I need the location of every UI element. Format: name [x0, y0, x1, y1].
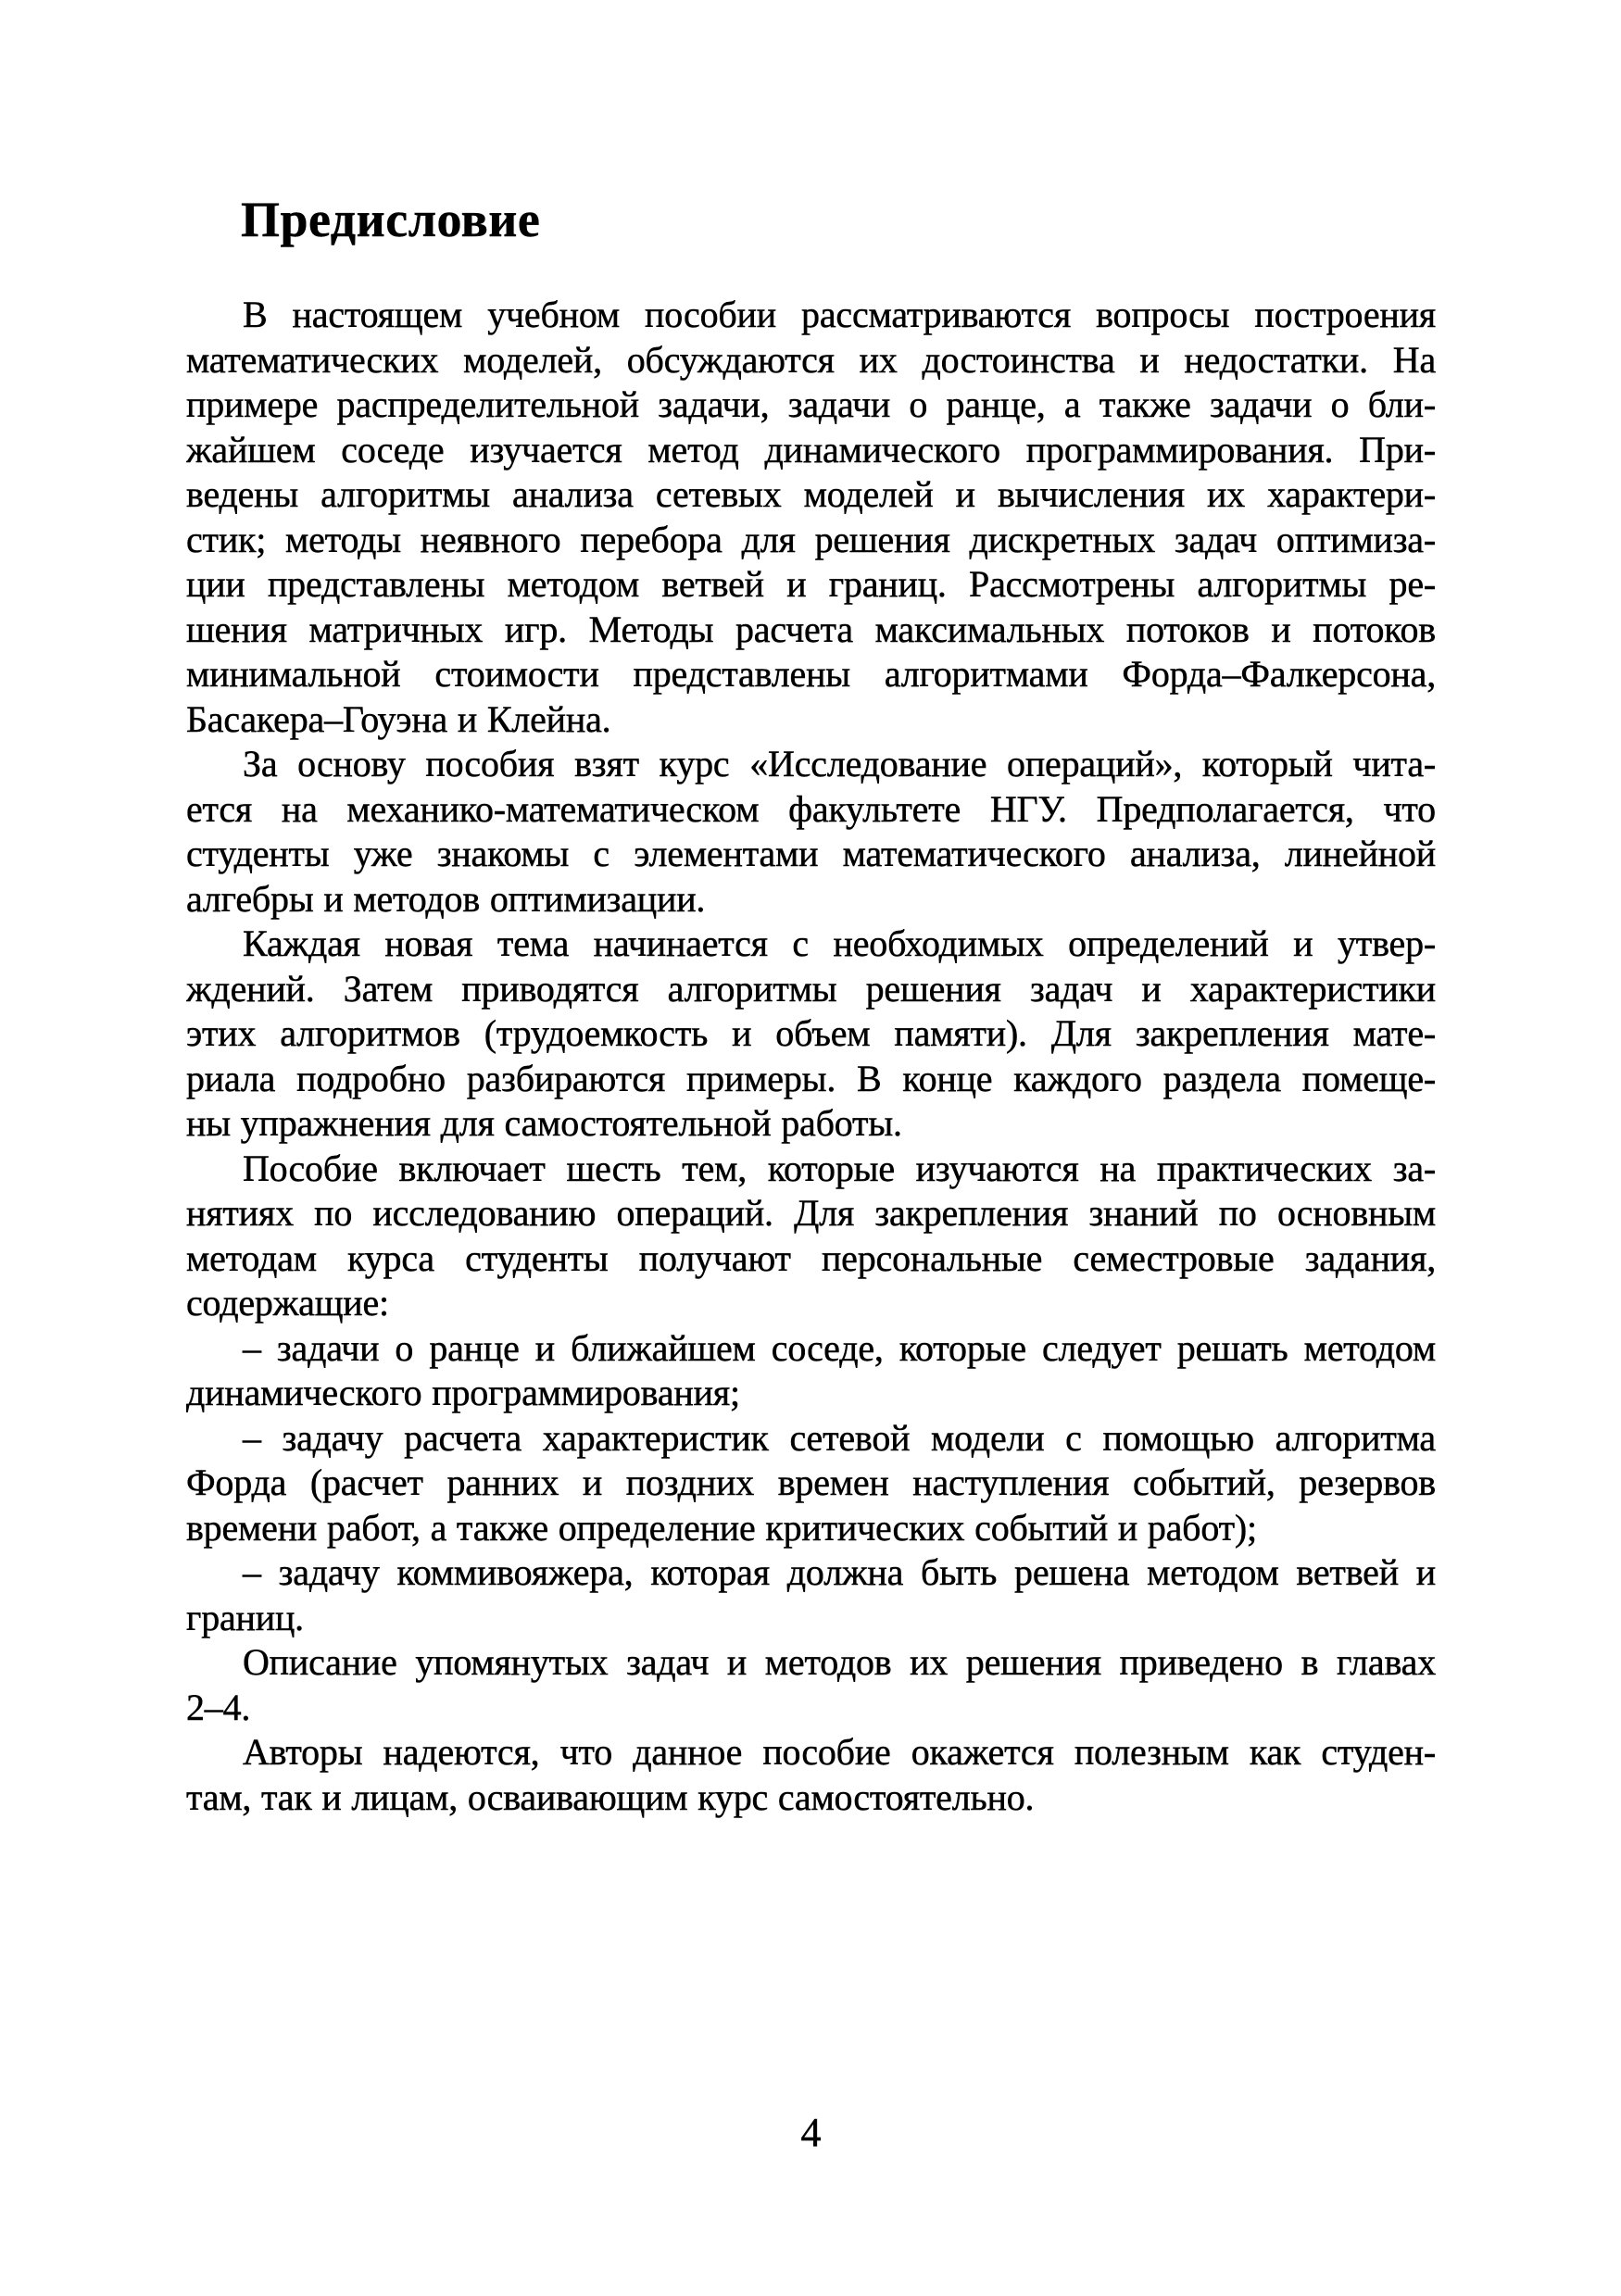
text-line: ции представлены методом ветвей и границ…: [186, 562, 1436, 608]
text-line: риала подробно разбираются примеры. В ко…: [186, 1057, 1436, 1102]
text-line: динамического программирования;: [186, 1371, 1436, 1416]
text-line: примере распределительной задачи, задачи…: [186, 383, 1436, 428]
text-line: В настоящем учебном пособии рассматриваю…: [186, 293, 1436, 338]
text-line: Форда (расчет ранних и поздних времен на…: [186, 1461, 1436, 1506]
text-line: 2–4.: [186, 1686, 1436, 1731]
text-line: ждений. Затем приводятся алгоритмы решен…: [186, 967, 1436, 1012]
text-line: стик; методы неявного перебора для решен…: [186, 518, 1436, 563]
text-line: шения матричных игр. Методы расчета макс…: [186, 608, 1436, 653]
text-line: методам курса студенты получают персонал…: [186, 1236, 1436, 1282]
text-line: – задачу коммивояжера, которая должна бы…: [186, 1550, 1436, 1596]
text-line: ны упражнения для самостоятельной работы…: [186, 1101, 1436, 1147]
text-line: этих алгоритмов (трудоемкость и объем па…: [186, 1011, 1436, 1057]
text-line: – задачи о ранце и ближайшем соседе, кот…: [186, 1326, 1436, 1372]
text-line: математических моделей, обсуждаются их д…: [186, 338, 1436, 383]
text-line: ведены алгоритмы анализа сетевых моделей…: [186, 472, 1436, 518]
paragraph: – задачу коммивояжера, которая должна бы…: [186, 1550, 1436, 1640]
paragraph: Описание упомянутых задач и методов их р…: [186, 1640, 1436, 1730]
text-line: алгебры и методов оптимизации.: [186, 877, 1436, 922]
page-number: 4: [186, 2111, 1436, 2156]
text-line: минимальной стоимости представлены алгор…: [186, 652, 1436, 697]
text-line: Басакера–Гоуэна и Клейна.: [186, 697, 1436, 743]
paragraph: – задачу расчета характеристик сетевой м…: [186, 1416, 1436, 1551]
preface-body: В настоящем учебном пособии рассматриваю…: [186, 293, 1436, 1820]
text-line: Описание упомянутых задач и методов их р…: [186, 1640, 1436, 1686]
text-line: границ.: [186, 1596, 1436, 1641]
text-line: студенты уже знакомы с элементами матема…: [186, 832, 1436, 877]
paragraph: – задачи о ранце и ближайшем соседе, кот…: [186, 1326, 1436, 1416]
text-line: нятиях по исследованию операций. Для зак…: [186, 1191, 1436, 1236]
text-line: – задачу расчета характеристик сетевой м…: [186, 1416, 1436, 1462]
document-page: Предисловие В настоящем учебном пособии …: [0, 0, 1621, 2296]
paragraph: Каждая новая тема начинается с необходим…: [186, 922, 1436, 1147]
text-block: Предисловие В настоящем учебном пособии …: [186, 0, 1436, 1820]
paragraph: Авторы надеются, что данное пособие окаж…: [186, 1730, 1436, 1820]
text-line: Авторы надеются, что данное пособие окаж…: [186, 1730, 1436, 1775]
text-line: Каждая новая тема начинается с необходим…: [186, 922, 1436, 967]
text-line: За основу пособия взят курс «Исследовани…: [186, 742, 1436, 787]
text-line: жайшем соседе изучается метод динамическ…: [186, 428, 1436, 473]
text-line: времени работ, а также определение крити…: [186, 1506, 1436, 1551]
page-title: Предисловие: [241, 194, 1436, 245]
text-line: там, так и лицам, осваивающим курс самос…: [186, 1775, 1436, 1821]
paragraph: В настоящем учебном пособии рассматриваю…: [186, 293, 1436, 742]
paragraph: Пособие включает шесть тем, которые изуч…: [186, 1147, 1436, 1326]
text-line: содержащие:: [186, 1281, 1436, 1326]
paragraph: За основу пособия взят курс «Исследовани…: [186, 742, 1436, 922]
text-line: Пособие включает шесть тем, которые изуч…: [186, 1147, 1436, 1192]
text-line: ется на механико-математическом факульте…: [186, 787, 1436, 833]
